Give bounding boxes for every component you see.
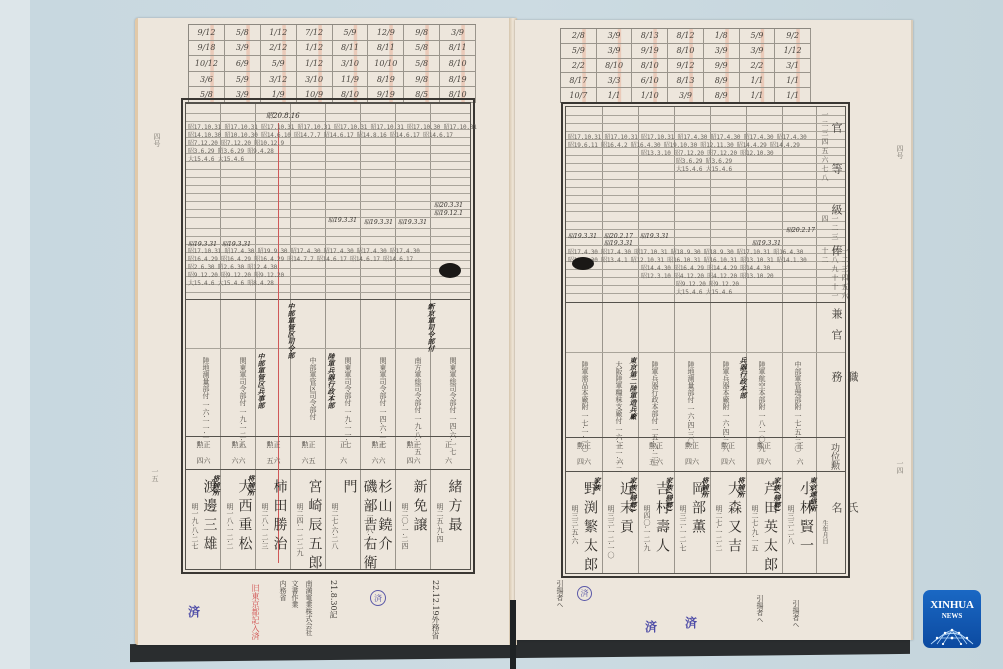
handwritten-note: 新京軍司令部付 bbox=[426, 303, 436, 423]
merit-bottom: 四六 bbox=[396, 456, 431, 466]
duty-entry: 中部軍管理部附 一七.五.二〇 bbox=[793, 361, 803, 452]
date-cell: 5/9 bbox=[225, 72, 261, 88]
duty-entry: 関東軍司令部付 一四.六.一七 bbox=[378, 357, 388, 448]
handwritten-status-note: 将捕所 bbox=[736, 477, 746, 498]
duty-entry: 陸地測量部付 一六.一一.一 bbox=[201, 357, 211, 441]
date-cell: 1/1 bbox=[775, 73, 811, 88]
handwritten-annotation: 21.8.30記 bbox=[328, 580, 339, 619]
left-date-grid: 9/125/81/127/125/912/99/83/99/183/92/121… bbox=[188, 24, 476, 103]
date-cell: 3/9 bbox=[740, 44, 776, 59]
birth-date: 明三三.五.六 bbox=[570, 505, 580, 544]
rank-record-line: 大15.4.6 大15.4.6 bbox=[676, 287, 732, 296]
stamp-mark: 済 bbox=[645, 618, 657, 635]
date-cell: 10/12 bbox=[189, 56, 225, 72]
merit-rank-cell: 正六 bbox=[602, 441, 638, 467]
birth-date: 明三二.一二.七 bbox=[678, 505, 688, 551]
page-number: 一五 bbox=[150, 468, 160, 482]
date-cell: 3/3 bbox=[597, 73, 633, 88]
book-spine-shadow bbox=[510, 600, 516, 669]
rank-record-line: 大15.4.6 大15.4.6 bbox=[188, 154, 244, 163]
personnel-name: 杉山鐃介 bbox=[375, 479, 395, 574]
date-cell: 8/19 bbox=[368, 72, 404, 88]
handwritten-note: 中部軍管区司令部 bbox=[286, 303, 296, 423]
date-cell: 5/9 bbox=[333, 25, 369, 41]
rank-record-line: 大15.4.6 大15.4.6 bbox=[676, 164, 732, 173]
handwritten-promotion: 昭19.3.31 bbox=[568, 231, 597, 240]
date-cell: 8/13 bbox=[632, 29, 668, 44]
merit-bottom: 六六 bbox=[361, 456, 396, 466]
ink-blot bbox=[439, 263, 461, 278]
date-cell: 1/12 bbox=[261, 25, 297, 41]
birth-date: 明二五.九.四 bbox=[435, 503, 445, 542]
page-header: 四号 bbox=[895, 145, 905, 159]
merit-top: 正 bbox=[782, 441, 818, 451]
birth-date: 明二四.一二.二九 bbox=[295, 503, 305, 556]
merit-rank-cell: 勲正六五 bbox=[291, 440, 326, 466]
xinhua-news-logo: XINHUA NEWS bbox=[923, 590, 981, 648]
handwritten-annotation: 南満電業株式会社 bbox=[304, 580, 314, 650]
header-birth-date: 生年月日 bbox=[820, 512, 829, 552]
date-cell: 10/7 bbox=[561, 88, 597, 103]
date-cell: 8/10 bbox=[668, 44, 704, 59]
birth-date: 明二七.一二.二 bbox=[714, 505, 724, 551]
handwritten-annotation: 引揚者へ bbox=[755, 595, 765, 623]
date-cell: 9/12 bbox=[668, 59, 704, 74]
duty-entry: 関東軍司令部付 一九.一二.八 bbox=[238, 357, 248, 448]
page-number: 一四 bbox=[895, 460, 905, 474]
merit-bottom: 四六 bbox=[674, 457, 710, 467]
date-cell: 2/2 bbox=[561, 59, 597, 74]
merit-top: 正 bbox=[602, 441, 638, 451]
personnel-name: 新免譲 bbox=[410, 479, 430, 574]
date-cell: 3/10 bbox=[333, 56, 369, 72]
birth-date: 明二八.一二.三 bbox=[260, 503, 270, 549]
merit-bottom: 四六 bbox=[566, 457, 602, 467]
merit-bottom: 六 bbox=[431, 456, 466, 466]
handwritten-promotion: 昭19.3.31 bbox=[752, 238, 781, 247]
birth-date: 明四〇.一二.九 bbox=[642, 505, 652, 551]
date-cell: 1/1 bbox=[597, 88, 633, 103]
merit-top: 正 bbox=[431, 440, 466, 450]
handwritten-status-note: 東京連絡所 bbox=[808, 477, 818, 512]
date-cell: 3/12 bbox=[261, 72, 297, 88]
handwritten-status-note: 家族(帰郷) bbox=[664, 477, 674, 512]
date-cell: 10/10 bbox=[368, 56, 404, 72]
right-register-table: 昭17.10.31 昭17.10.31 昭17.10.31 昭17.4.30 昭… bbox=[561, 102, 850, 578]
merit-top: 勲正 bbox=[291, 440, 326, 450]
handwritten-promotion: 昭19.3.31 bbox=[640, 231, 669, 240]
date-cell: 1/12 bbox=[775, 44, 811, 59]
rank-record-line: 大15.4.6 大15.4.6 昭8.4.28 bbox=[188, 278, 274, 287]
date-cell: 1/1 bbox=[775, 88, 811, 103]
handwritten-status-note: 将捕所 bbox=[700, 477, 710, 498]
date-cell: 1/12 bbox=[297, 41, 333, 57]
date-cell: 9/9 bbox=[704, 59, 740, 74]
handwritten-annotation: 内務省 bbox=[278, 580, 288, 601]
merit-bottom: 四六 bbox=[186, 456, 221, 466]
date-cell: 2/8 bbox=[561, 29, 597, 44]
merit-top: 勲正 bbox=[361, 440, 396, 450]
merit-top: 勲正 bbox=[186, 440, 221, 450]
left-register-table: 昭20.8.16 昭17.10.31 昭17.10.31 昭17.10.31 昭… bbox=[181, 98, 475, 574]
birth-date: 明二四.八.一九 bbox=[365, 503, 375, 549]
date-cell: 8/19 bbox=[440, 72, 476, 88]
date-cell: 8/9 bbox=[704, 88, 740, 103]
duty-entry: 陸軍兵器本廠附 一六.四.二八 bbox=[721, 361, 731, 452]
personnel-name: 宮崎辰五郎 bbox=[305, 479, 325, 574]
birth-date: 明三三.一二.一〇 bbox=[606, 505, 616, 558]
birth-date: 明二七.九.一五 bbox=[750, 505, 760, 551]
background-edge bbox=[0, 0, 30, 669]
date-cell: 8/11 bbox=[440, 41, 476, 57]
date-cell: 3/9 bbox=[440, 25, 476, 41]
date-cell: 3/9 bbox=[597, 29, 633, 44]
handwritten-promotion: 昭19.3.31 bbox=[364, 217, 393, 226]
date-cell: 3/6 bbox=[189, 72, 225, 88]
ink-blot bbox=[572, 257, 594, 270]
right-date-grid: 2/83/98/138/121/85/99/25/93/99/198/103/9… bbox=[560, 28, 811, 103]
merit-bottom: 四六 bbox=[710, 457, 746, 467]
handwritten-promotion: 昭19.3.31 bbox=[398, 217, 427, 226]
date-cell: 9/2 bbox=[775, 29, 811, 44]
date-cell: 5/9 bbox=[740, 29, 776, 44]
personnel-name: 緒方最 bbox=[445, 479, 465, 574]
date-cell: 8/12 bbox=[668, 29, 704, 44]
date-cell: 3/9 bbox=[597, 44, 633, 59]
merit-bottom: 六 bbox=[326, 456, 361, 466]
page-header: 四号 bbox=[152, 133, 162, 147]
date-cell: 8/17 bbox=[561, 73, 597, 88]
merit-rank-cell: 正六 bbox=[326, 440, 361, 466]
handwritten-status-note: 家族(帰郷) bbox=[628, 477, 638, 512]
merit-bottom: 六六 bbox=[221, 456, 256, 466]
personnel-name: 柿田勝治 bbox=[270, 479, 290, 574]
handwritten-annotation: 引揚者へ bbox=[791, 600, 801, 628]
merit-top: 勲正 bbox=[221, 440, 256, 450]
date-cell: 1/1 bbox=[740, 88, 776, 103]
stamp-mark: 済 bbox=[685, 614, 697, 631]
date-cell: 3/9 bbox=[704, 44, 740, 59]
duty-entry: 陸地測量部付 一六.四.三〇 bbox=[686, 361, 696, 445]
date-cell: 3/9 bbox=[668, 88, 704, 103]
merit-bottom: 四六 bbox=[746, 457, 782, 467]
merit-bottom: 六 bbox=[782, 457, 818, 467]
merit-top: 勲正 bbox=[566, 441, 602, 451]
handwritten-annotation: 引揚者へ bbox=[555, 580, 565, 608]
handwritten-promotion: 昭20.2.17 bbox=[786, 225, 815, 234]
red-annotation: 旧東京都記入済 bbox=[250, 584, 261, 640]
date-cell: 1/1 bbox=[740, 73, 776, 88]
network-globe-icon bbox=[929, 627, 975, 645]
date-cell: 8/10 bbox=[440, 56, 476, 72]
merit-rank-cell: 勲正四六 bbox=[674, 441, 710, 467]
merit-rank-cell: 勲正四六 bbox=[710, 441, 746, 467]
date-cell: 8/9 bbox=[704, 73, 740, 88]
duty-entry: 中部軍管区司令部付 bbox=[308, 357, 318, 420]
handwritten-annotation: 文書作業 bbox=[290, 580, 300, 608]
left-page: 9/125/81/127/125/912/99/83/99/183/92/121… bbox=[135, 18, 516, 645]
date-cell: 9/18 bbox=[189, 41, 225, 57]
merit-rank-cell: 正六 bbox=[431, 440, 466, 466]
merit-bottom: 五六 bbox=[638, 457, 674, 467]
birth-date: 明一九.八.二七 bbox=[190, 503, 200, 549]
date-cell: 6/10 bbox=[632, 73, 668, 88]
merit-top: 勲正 bbox=[396, 440, 431, 450]
personnel-name: 野渕繁太郎 bbox=[580, 481, 600, 576]
header-merit-rank: 功位勲 bbox=[828, 442, 841, 470]
date-cell: 5/9 bbox=[261, 56, 297, 72]
birth-date: 明二七.六.二八 bbox=[330, 503, 340, 549]
date-cell: 8/10 bbox=[597, 59, 633, 74]
handwritten-status-note: 将捕所 bbox=[211, 475, 221, 496]
date-cell: 3/9 bbox=[225, 41, 261, 57]
date-cell: 9/8 bbox=[404, 25, 440, 41]
merit-bottom: 六 bbox=[602, 457, 638, 467]
merit-top: 勲正 bbox=[638, 441, 674, 451]
date-cell: 9/12 bbox=[189, 25, 225, 41]
logo-subtext: NEWS bbox=[923, 612, 981, 620]
handwritten-status-note: 家族(帰郷) bbox=[772, 477, 782, 512]
logo-text: XINHUA bbox=[923, 599, 981, 611]
merit-bottom: 五六 bbox=[256, 456, 291, 466]
stamp-mark: 済 bbox=[188, 603, 200, 620]
merit-top: 勲正 bbox=[746, 441, 782, 451]
handwritten-status-note: 将捕所 bbox=[246, 475, 256, 496]
handwritten-date: 昭20.8.16 bbox=[266, 111, 300, 121]
header-concurrent-post: 兼官 bbox=[828, 307, 844, 351]
date-cell: 8/13 bbox=[668, 73, 704, 88]
date-cell: 2/2 bbox=[740, 59, 776, 74]
date-cell: 11/9 bbox=[333, 72, 369, 88]
date-cell: 5/8 bbox=[404, 41, 440, 57]
handwritten-annotation: 22.12.19外務省 bbox=[430, 580, 441, 640]
date-cell: 1/8 bbox=[704, 29, 740, 44]
handwritten-promotion: 昭19.3.31 bbox=[328, 215, 357, 224]
duty-entry: 陸軍航空本部附 一八.一〇.九 bbox=[757, 361, 767, 452]
merit-rank-cell: 勲正四六 bbox=[566, 441, 602, 467]
header-rank-grade: 官等級俸 bbox=[828, 109, 844, 299]
date-cell: 5/9 bbox=[561, 44, 597, 59]
birth-date: 明二〇.一.二四 bbox=[400, 503, 410, 549]
merit-rank-cell: 勲正四六 bbox=[746, 441, 782, 467]
date-cell: 8/11 bbox=[333, 41, 369, 57]
handwritten-status-note: 家族 bbox=[592, 477, 602, 491]
date-cell: 3/1 bbox=[775, 59, 811, 74]
date-cell: 9/19 bbox=[632, 44, 668, 59]
merit-bottom: 六五 bbox=[291, 456, 326, 466]
merit-rank-cell: 勲正五六 bbox=[256, 440, 291, 466]
merit-top: 勲正 bbox=[674, 441, 710, 451]
right-page: 2/83/98/138/121/85/99/25/93/99/198/103/9… bbox=[515, 20, 913, 640]
merit-top: 勲正 bbox=[256, 440, 291, 450]
date-cell: 8/11 bbox=[368, 41, 404, 57]
merit-top: 正 bbox=[326, 440, 361, 450]
merit-rank-cell: 勲正四六 bbox=[396, 440, 431, 466]
merit-rank-cell: 勲正五六 bbox=[638, 441, 674, 467]
header-duty: 職務 bbox=[828, 357, 860, 435]
date-cell: 8/10 bbox=[632, 59, 668, 74]
circle-stamp: 済 bbox=[577, 586, 592, 601]
merit-rank-cell: 勲正六六 bbox=[221, 440, 256, 466]
date-cell: 1/12 bbox=[297, 56, 333, 72]
handwritten-promotion: 昭19.3.31 bbox=[604, 238, 633, 247]
duty-entry: 関東軍司令部付 一九.一一.七 bbox=[343, 357, 353, 448]
header-name: 氏名 bbox=[828, 482, 860, 572]
date-cell: 7/12 bbox=[297, 25, 333, 41]
handwritten-promotion: 昭19.12.1 bbox=[434, 208, 463, 217]
date-cell: 12/9 bbox=[368, 25, 404, 41]
merit-top: 勲正 bbox=[710, 441, 746, 451]
birth-date: 明一八.一二.二 bbox=[225, 503, 235, 549]
duty-entry: 陸軍需品本廠附 一七.一.一〇 bbox=[580, 361, 590, 452]
merit-rank-cell: 勲正六六 bbox=[361, 440, 396, 466]
date-cell: 9/8 bbox=[404, 72, 440, 88]
date-cell: 3/10 bbox=[297, 72, 333, 88]
date-cell: 5/8 bbox=[225, 25, 261, 41]
date-cell: 6/9 bbox=[225, 56, 261, 72]
date-cell: 1/10 bbox=[632, 88, 668, 103]
circle-stamp: 済 bbox=[370, 590, 386, 606]
merit-rank-cell: 正六 bbox=[782, 441, 818, 467]
birth-date: 明三三.二.八 bbox=[786, 505, 796, 544]
date-cell: 5/8 bbox=[404, 56, 440, 72]
merit-rank-cell: 勲正四六 bbox=[186, 440, 221, 466]
date-cell: 2/12 bbox=[261, 41, 297, 57]
